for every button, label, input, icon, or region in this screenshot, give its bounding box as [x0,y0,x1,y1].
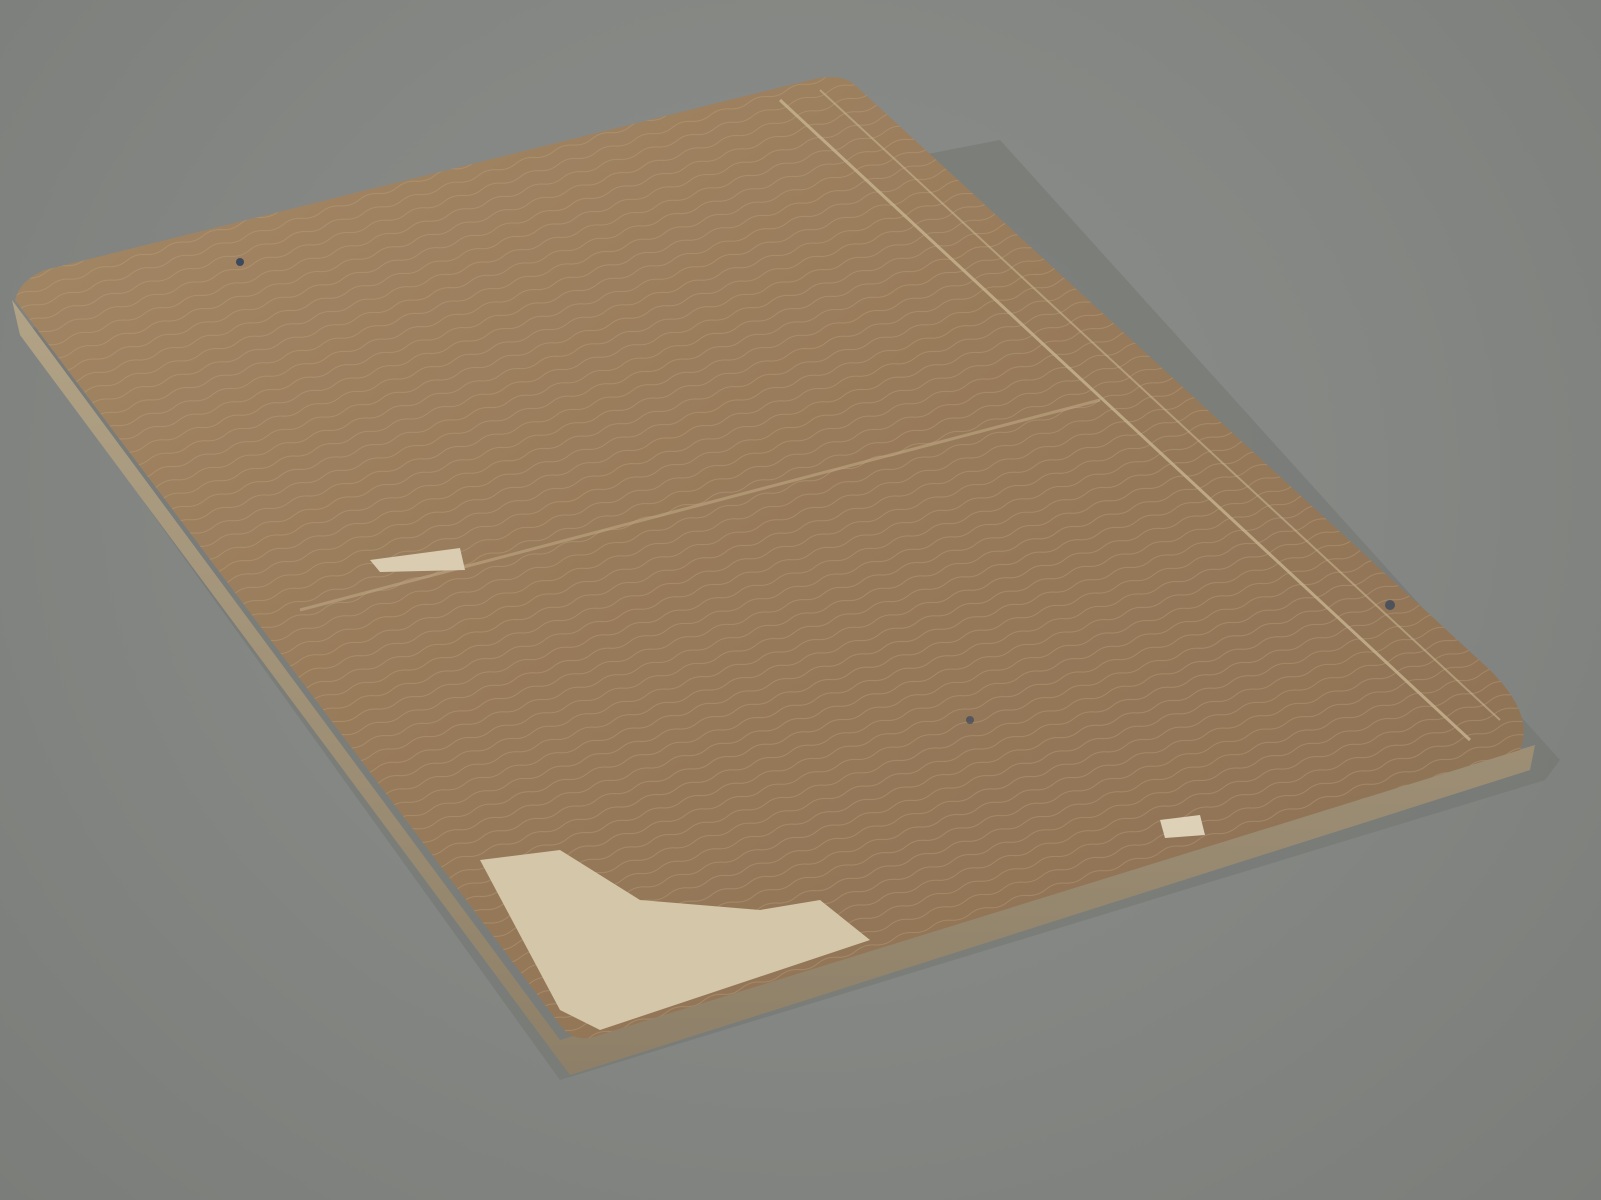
ink-spot [236,258,244,266]
ink-spot [966,716,974,724]
ink-spot [1385,600,1395,610]
book-illustration [0,0,1601,1200]
photo-scene [0,0,1601,1200]
